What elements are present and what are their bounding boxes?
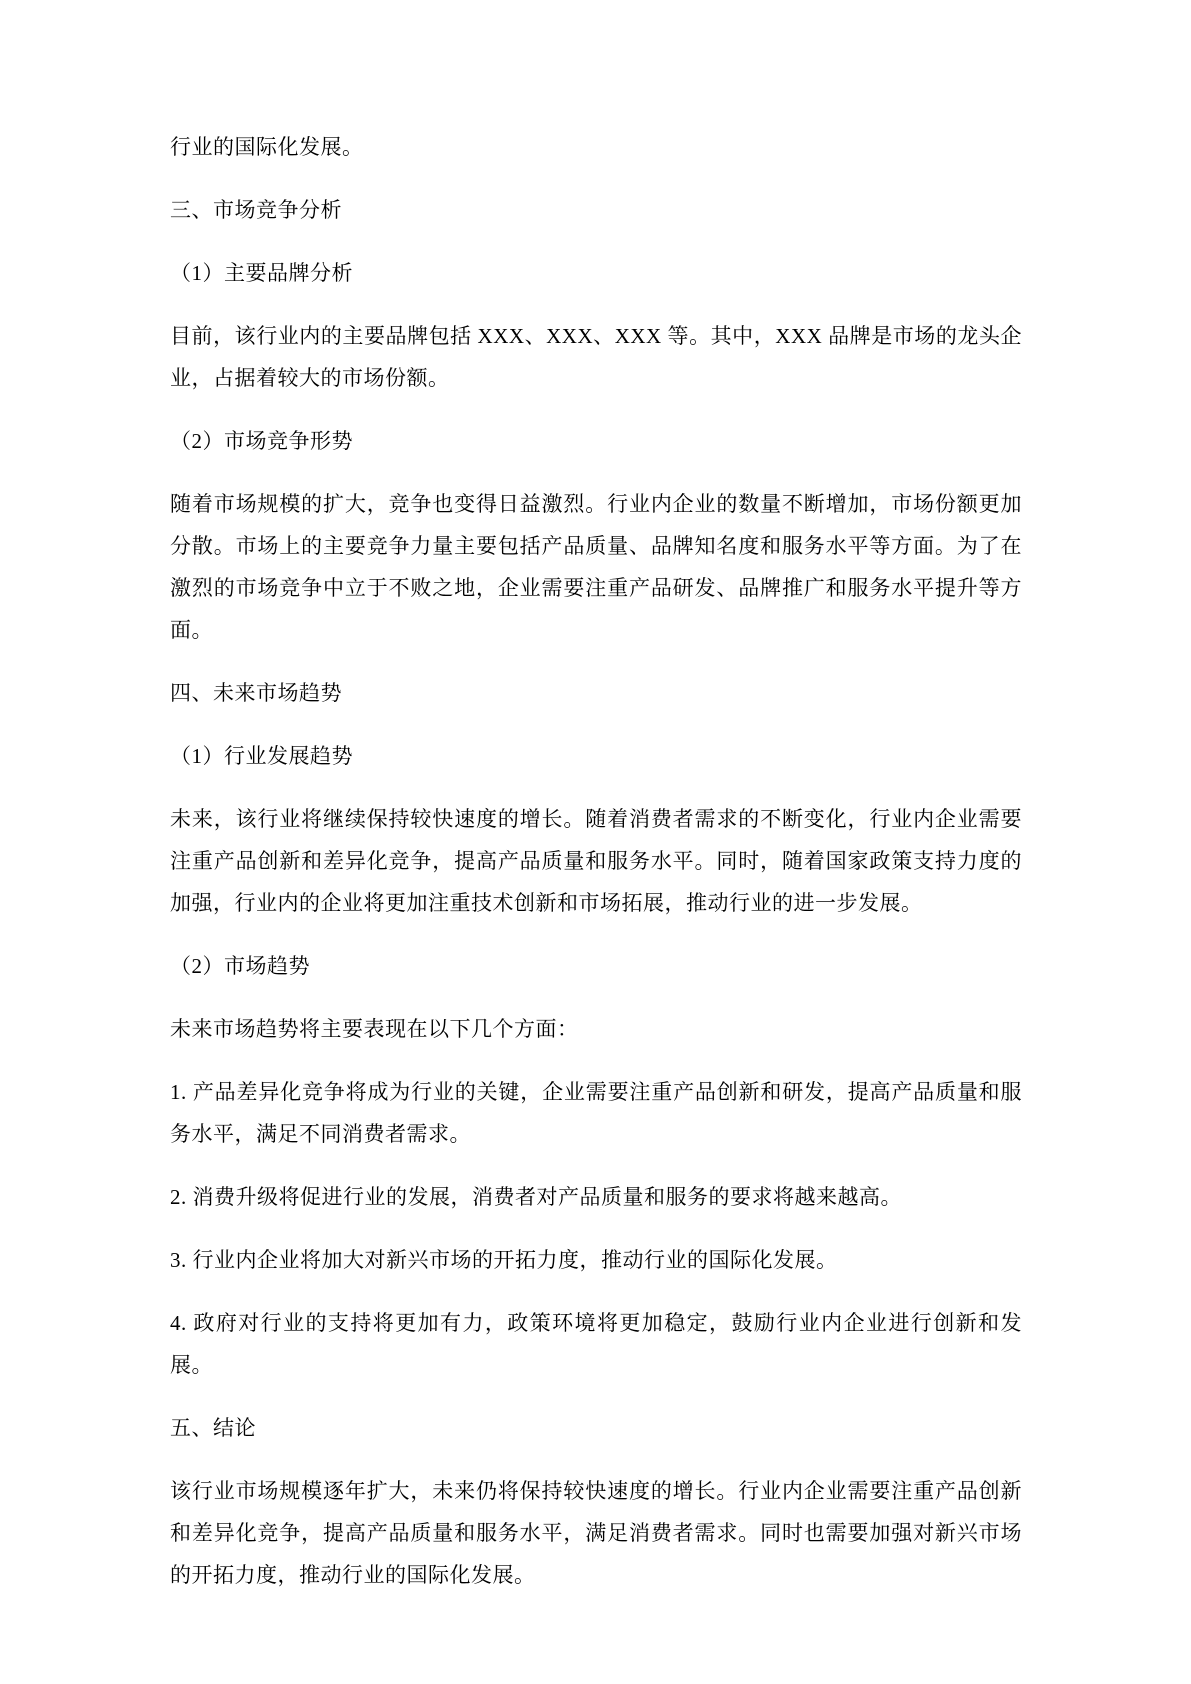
sub-heading: （1）主要品牌分析 — [170, 252, 1022, 294]
numbered-item: 2. 消费升级将促进行业的发展，消费者对产品质量和服务的要求将越来越高。 — [170, 1176, 1022, 1218]
body-paragraph: 该行业市场规模逐年扩大，未来仍将保持较快速度的增长。行业内企业需要注重产品创新和… — [170, 1470, 1022, 1596]
sub-heading: （2）市场趋势 — [170, 945, 1022, 987]
numbered-item: 4. 政府对行业的支持将更加有力，政策环境将更加稳定，鼓励行业内企业进行创新和发… — [170, 1302, 1022, 1386]
document-page: 行业的国际化发展。 三、市场竞争分析 （1）主要品牌分析 目前，该行业内的主要品… — [0, 0, 1191, 1684]
numbered-item: 3. 行业内企业将加大对新兴市场的开拓力度，推动行业的国际化发展。 — [170, 1239, 1022, 1281]
section-heading: 三、市场竞争分析 — [170, 189, 1022, 231]
body-paragraph: 行业的国际化发展。 — [170, 126, 1022, 168]
section-heading: 四、未来市场趋势 — [170, 672, 1022, 714]
numbered-item: 1. 产品差异化竞争将成为行业的关键，企业需要注重产品创新和研发，提高产品质量和… — [170, 1071, 1022, 1155]
body-paragraph: 随着市场规模的扩大，竞争也变得日益激烈。行业内企业的数量不断增加，市场份额更加分… — [170, 483, 1022, 651]
body-paragraph: 目前，该行业内的主要品牌包括 XXX、XXX、XXX 等。其中，XXX 品牌是市… — [170, 315, 1022, 399]
sub-heading: （2）市场竞争形势 — [170, 420, 1022, 462]
body-paragraph: 未来，该行业将继续保持较快速度的增长。随着消费者需求的不断变化，行业内企业需要注… — [170, 798, 1022, 924]
body-paragraph: 未来市场趋势将主要表现在以下几个方面： — [170, 1008, 1022, 1050]
sub-heading: （1）行业发展趋势 — [170, 735, 1022, 777]
section-heading: 五、结论 — [170, 1407, 1022, 1449]
